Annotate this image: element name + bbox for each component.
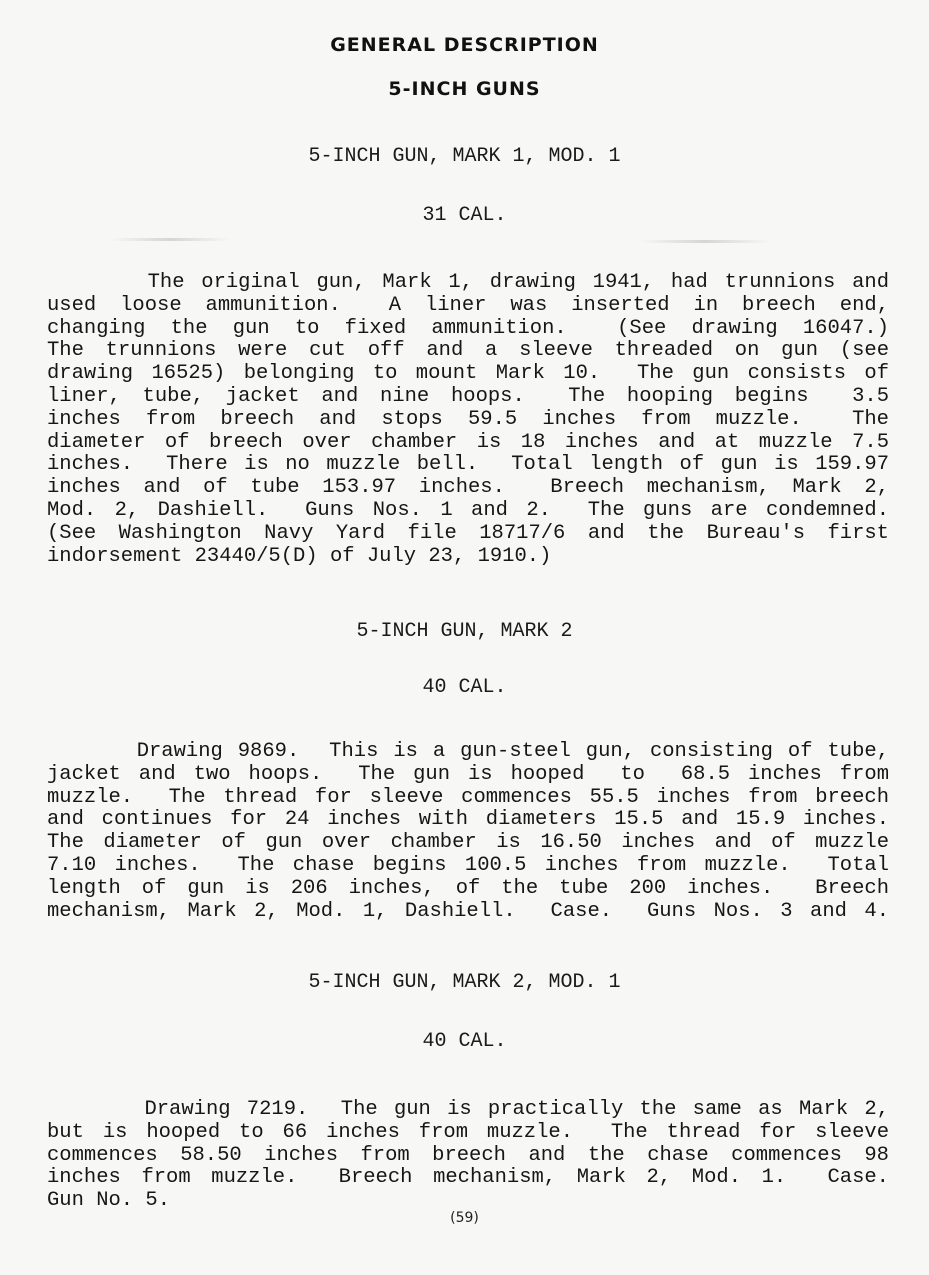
section-caliber: 40 CAL. bbox=[0, 1030, 929, 1053]
text-line: inches and of tube 153.97 inches. Breech… bbox=[47, 477, 889, 500]
text-line: Drawing 9869. This is a gun-steel gun, c… bbox=[47, 741, 889, 764]
text-line: muzzle. The thread for sleeve commences … bbox=[47, 787, 889, 810]
text-line: diameter of breech over chamber is 18 in… bbox=[47, 432, 889, 455]
scan-smudge bbox=[110, 238, 230, 241]
text-line: and continues for 24 inches with diamete… bbox=[47, 809, 889, 832]
text-line: inches from muzzle. Breech mechanism, Ma… bbox=[47, 1167, 889, 1190]
text-line: used loose ammunition. A liner was inser… bbox=[47, 295, 889, 318]
text-line: but is hooped to 66 inches from muzzle. … bbox=[47, 1122, 889, 1145]
text-line: inches. There is no muzzle bell. Total l… bbox=[47, 454, 889, 477]
section-body: Drawing 9869. This is a gun-steel gun, c… bbox=[47, 741, 889, 923]
text-line: jacket and two hoops. The gun is hooped … bbox=[47, 764, 889, 787]
text-line: The trunnions were cut off and a sleeve … bbox=[47, 340, 889, 363]
text-line: The original gun, Mark 1, drawing 1941, … bbox=[47, 272, 889, 295]
text-line: inches from breech and stops 59.5 inches… bbox=[47, 409, 889, 432]
text-line: mechanism, Mark 2, Mod. 1, Dashiell. Cas… bbox=[47, 901, 889, 924]
document-page: GENERAL DESCRIPTION 5-INCH GUNS 5-INCH G… bbox=[0, 0, 929, 1275]
text-line: indorsement 23440/5(D) of July 23, 1910.… bbox=[47, 546, 889, 569]
text-line: 7.10 inches. The chase begins 100.5 inch… bbox=[47, 855, 889, 878]
text-line: changing the gun to fixed ammunition. (S… bbox=[47, 318, 889, 341]
text-line: liner, tube, jacket and nine hoops. The … bbox=[47, 386, 889, 409]
section-body: The original gun, Mark 1, drawing 1941, … bbox=[47, 272, 889, 568]
section-heading: 5-INCH GUN, MARK 2 bbox=[0, 620, 929, 643]
scan-smudge bbox=[640, 240, 770, 243]
section-caliber: 40 CAL. bbox=[0, 676, 929, 699]
page-title: GENERAL DESCRIPTION bbox=[0, 34, 929, 56]
text-line: Drawing 7219. The gun is practically the… bbox=[47, 1099, 889, 1122]
section-heading: 5-INCH GUN, MARK 2, MOD. 1 bbox=[0, 971, 929, 994]
text-line: (See Washington Navy Yard file 18717/6 a… bbox=[47, 523, 889, 546]
page-number: (59) bbox=[0, 1210, 929, 1226]
section-body: Drawing 7219. The gun is practically the… bbox=[47, 1099, 889, 1213]
text-line: commences 58.50 inches from breech and t… bbox=[47, 1145, 889, 1168]
page-subtitle: 5-INCH GUNS bbox=[0, 78, 929, 100]
section-caliber: 31 CAL. bbox=[0, 204, 929, 227]
text-line: length of gun is 206 inches, of the tube… bbox=[47, 878, 889, 901]
text-line: The diameter of gun over chamber is 16.5… bbox=[47, 832, 889, 855]
section-heading: 5-INCH GUN, MARK 1, MOD. 1 bbox=[0, 145, 929, 168]
text-line: drawing 16525) belonging to mount Mark 1… bbox=[47, 363, 889, 386]
text-line: Mod. 2, Dashiell. Guns Nos. 1 and 2. The… bbox=[47, 500, 889, 523]
